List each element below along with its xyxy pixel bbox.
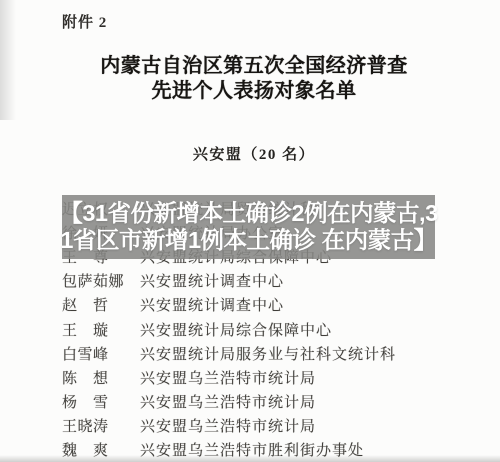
roster-row: 杨 雪 兴安盟乌兰浩特市统计局 xyxy=(62,390,470,414)
person-name: 白雪峰 xyxy=(62,343,140,364)
person-organization: 兴安盟乌兰浩特市统计局 xyxy=(140,367,470,388)
person-name: 赵 哲 xyxy=(62,294,140,315)
roster-row: 陈 想 兴安盟乌兰浩特市统计局 xyxy=(62,365,470,389)
person-name: 陈 想 xyxy=(62,367,140,388)
document-title: 内蒙古自治区第五次全国经济普查 先进个人表扬对象名单 xyxy=(4,54,500,104)
person-organization: 兴安盟统计局综合保障中心 xyxy=(140,319,470,340)
document-title-line-2: 先进个人表扬对象名单 xyxy=(152,80,357,102)
attachment-label: 附件 2 xyxy=(62,11,107,32)
person-organization: 兴安盟乌兰浩特市统计局 xyxy=(140,391,470,412)
person-name: 杨 雪 xyxy=(62,391,140,412)
roster-row: 王晓涛 兴安盟乌兰浩特市统计局 xyxy=(62,414,470,438)
person-organization: 兴安盟统计调查中心 xyxy=(140,270,470,291)
person-name: 王晓涛 xyxy=(62,415,140,436)
person-organization: 兴安盟统计调查中心 xyxy=(140,294,470,315)
scanned-document-page: 附件 2 内蒙古自治区第五次全国经济普查 先进个人表扬对象名单 兴安盟（20 名… xyxy=(0,0,500,462)
roster-row: 赵 哲 兴安盟统计调查中心 xyxy=(62,293,470,317)
section-heading-league-count: 兴安盟（20 名） xyxy=(4,143,500,164)
roster-row: 王 璇 兴安盟统计局综合保障中心 xyxy=(62,317,470,341)
news-caption-line-2: 1省区市新增1例本土确诊 在内蒙古】 xyxy=(60,227,436,253)
roster-row: 白雪峰 兴安盟统计局服务业与社科文统计科 xyxy=(62,341,470,365)
news-caption-overlay: 【31省份新增本土确诊2例在内蒙古,3 1省区市新增1例本土确诊 在内蒙古】 xyxy=(62,195,435,259)
roster-row: 魏 爽 兴安盟乌兰浩特市胜利街办事处 xyxy=(62,438,470,462)
person-name: 魏 爽 xyxy=(62,439,140,460)
news-caption-line-1: 【31省份新增本土确诊2例在内蒙古,3 xyxy=(59,200,437,226)
person-name: 包萨茹娜 xyxy=(62,270,140,291)
person-name: 王 璇 xyxy=(62,319,140,340)
document-title-line-1: 内蒙古自治区第五次全国经济普查 xyxy=(100,55,408,77)
news-caption-text: 【31省份新增本土确诊2例在内蒙古,3 1省区市新增1例本土确诊 在内蒙古】 xyxy=(59,200,437,255)
roster-row: 包萨茹娜 兴安盟统计调查中心 xyxy=(62,269,470,293)
person-organization: 兴安盟乌兰浩特市统计局 xyxy=(140,415,470,436)
person-organization: 兴安盟乌兰浩特市胜利街办事处 xyxy=(140,439,470,460)
person-organization: 兴安盟统计局服务业与社科文统计科 xyxy=(140,343,470,364)
